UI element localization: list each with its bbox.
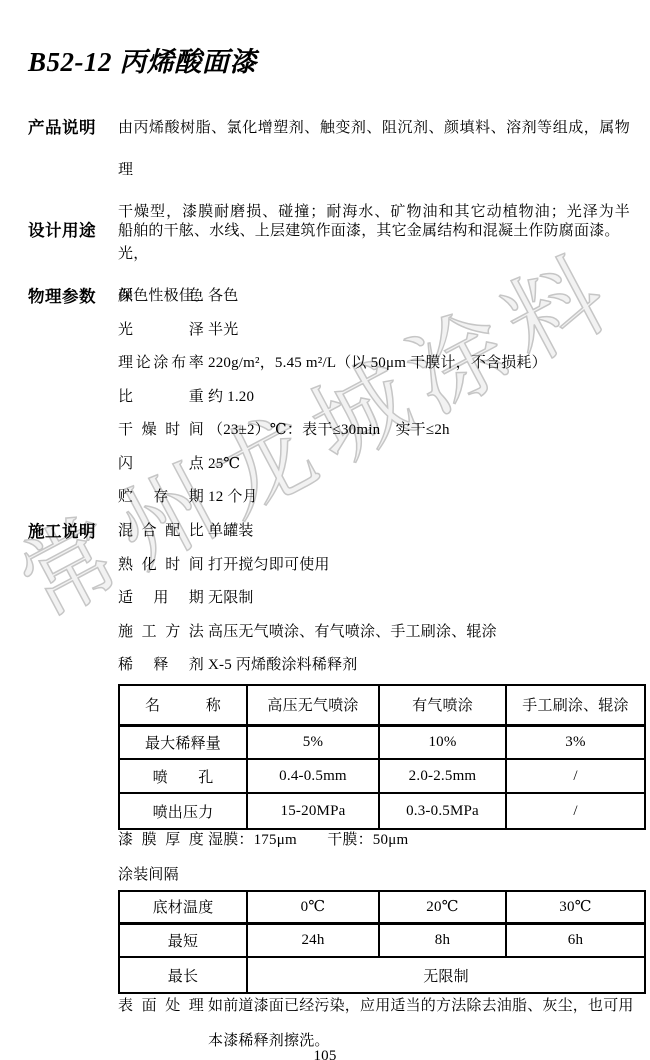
table-cell: 3%	[506, 725, 645, 759]
param-value: 单罐装	[208, 515, 254, 549]
param-name: 漆膜厚度	[118, 823, 204, 857]
section-physical-params: 物理参数 颜色 各色 光泽 半光 理论涂布率 220g/m²，5.45 m²/L…	[28, 280, 547, 515]
param-name: 混合配比	[118, 515, 204, 549]
interval-header-20c: 20℃	[379, 891, 506, 923]
dilution-header-brush-roller: 手工刷涂、辊涂	[506, 685, 645, 725]
section-label-product: 产品说明	[28, 107, 118, 149]
table-cell: 0.4-0.5mm	[247, 759, 379, 793]
param-value: 打开搅匀即可使用	[208, 549, 330, 583]
page-number: 105	[0, 1048, 650, 1060]
param-value: X-5 丙烯酸涂料稀释剂	[208, 649, 357, 683]
param-name: 熟化时间	[118, 549, 204, 583]
param-row-pot-life: 适用期 无限制	[118, 582, 497, 616]
dilution-table-header-row: 名 称 高压无气喷涂 有气喷涂 手工刷涂、辊涂	[119, 685, 645, 725]
interval-header-substrate-temp: 底材温度	[119, 891, 247, 923]
dilution-header-air-spray: 有气喷涂	[379, 685, 506, 725]
film-thickness-row: 漆膜厚度 湿膜：175μm 干膜：50μm	[118, 823, 408, 857]
recoat-interval-table: 底材温度 0℃ 20℃ 30℃ 最短 24h 8h 6h 最长 无限制	[118, 890, 646, 994]
section-design-use: 设计用途 船舶的干舷、水线、上层建筑作面漆，其它金属结构和混凝土作防腐面漆。	[28, 210, 630, 252]
param-row-induction-time: 熟化时间 打开搅匀即可使用	[118, 549, 497, 583]
param-row-thinner: 稀释剂 X-5 丙烯酸涂料稀释剂	[118, 649, 497, 683]
param-row-density: 比重 约 1.20	[118, 381, 547, 415]
section-application: 施工说明 混合配比 单罐装 熟化时间 打开搅匀即可使用 适用期 无限制 施工方法…	[28, 515, 497, 683]
interval-row-maximum: 最长 无限制	[119, 957, 645, 993]
table-cell: 10%	[379, 725, 506, 759]
param-value: 无限制	[208, 582, 254, 616]
param-row-mix-ratio: 混合配比 单罐装	[118, 515, 497, 549]
recoat-interval-label: 涂装间隔	[118, 858, 179, 892]
section-label-physical: 物理参数	[28, 280, 118, 314]
application-param-rows: 混合配比 单罐装 熟化时间 打开搅匀即可使用 适用期 无限制 施工方法 高压无气…	[118, 515, 497, 683]
param-row-flash-point: 闪点 25℃	[118, 448, 547, 482]
interval-row-minimum: 最短 24h 8h 6h	[119, 923, 645, 957]
datasheet-page: 常州龙城涂料 B52-12 丙烯酸面漆 产品说明 由丙烯酸树脂、氯化增塑剂、触变…	[0, 0, 650, 1060]
interval-table-header-row: 底材温度 0℃ 20℃ 30℃	[119, 891, 645, 923]
param-row-gloss: 光泽 半光	[118, 314, 547, 348]
param-value: 高压无气喷涂、有气喷涂、手工刷涂、辊涂	[208, 616, 497, 650]
table-cell: 24h	[247, 923, 379, 957]
table-cell: 6h	[506, 923, 645, 957]
interval-header-30c: 30℃	[506, 891, 645, 923]
param-row-color: 颜色 各色	[118, 280, 547, 314]
section-label-application: 施工说明	[28, 515, 118, 549]
page-title: B52-12 丙烯酸面漆	[28, 40, 257, 79]
param-row-shelf-life: 贮存期 12 个月	[118, 481, 547, 515]
table-cell: 8h	[379, 923, 506, 957]
table-cell: /	[506, 793, 645, 829]
dilution-table: 名 称 高压无气喷涂 有气喷涂 手工刷涂、辊涂 最大稀释量 5% 10% 3% …	[118, 684, 646, 830]
param-value: 半光	[208, 314, 238, 348]
param-row-method: 施工方法 高压无气喷涂、有气喷涂、手工刷涂、辊涂	[118, 616, 497, 650]
param-name: 稀释剂	[118, 649, 204, 683]
interval-header-0c: 0℃	[247, 891, 379, 923]
param-name: 闪点	[118, 448, 204, 482]
table-cell: 最大稀释量	[119, 725, 247, 759]
table-cell: /	[506, 759, 645, 793]
param-value: 各色	[208, 280, 238, 314]
section-label-design-use: 设计用途	[28, 210, 118, 252]
param-name: 比重	[118, 381, 204, 415]
param-value: 12 个月	[208, 481, 258, 515]
param-value: 约 1.20	[208, 381, 254, 415]
table-cell: 最长	[119, 957, 247, 993]
param-name: 适用期	[118, 582, 204, 616]
param-name: 施工方法	[118, 616, 204, 650]
dilution-row-nozzle: 喷 孔 0.4-0.5mm 2.0-2.5mm /	[119, 759, 645, 793]
param-name: 理论涂布率	[118, 347, 204, 381]
param-row-dry-time: 干燥时间 （23±2）℃：表干≤30min 实干≤2h	[118, 414, 547, 448]
param-row-coverage: 理论涂布率 220g/m²，5.45 m²/L（以 50μm 干膜计，不含损耗）	[118, 347, 547, 381]
param-value: 25℃	[208, 448, 240, 482]
dilution-header-airless: 高压无气喷涂	[247, 685, 379, 725]
param-name: 贮存期	[118, 481, 204, 515]
dilution-header-name: 名 称	[119, 685, 247, 725]
param-value: 湿膜：175μm 干膜：50μm	[208, 823, 408, 857]
dilution-row-max-thinning: 最大稀释量 5% 10% 3%	[119, 725, 645, 759]
table-cell: 2.0-2.5mm	[379, 759, 506, 793]
table-cell: 喷 孔	[119, 759, 247, 793]
param-name: 干燥时间	[118, 414, 204, 448]
physical-param-rows: 颜色 各色 光泽 半光 理论涂布率 220g/m²，5.45 m²/L（以 50…	[118, 280, 547, 515]
table-cell: 5%	[247, 725, 379, 759]
param-value: （23±2）℃：表干≤30min 实干≤2h	[208, 414, 450, 448]
table-cell: 最短	[119, 923, 247, 957]
table-cell: 无限制	[247, 957, 645, 993]
param-value: 220g/m²，5.45 m²/L（以 50μm 干膜计，不含损耗）	[208, 347, 547, 381]
design-use-text: 船舶的干舷、水线、上层建筑作面漆，其它金属结构和混凝土作防腐面漆。	[118, 210, 630, 252]
param-name: 颜色	[118, 280, 204, 314]
param-name: 光泽	[118, 314, 204, 348]
